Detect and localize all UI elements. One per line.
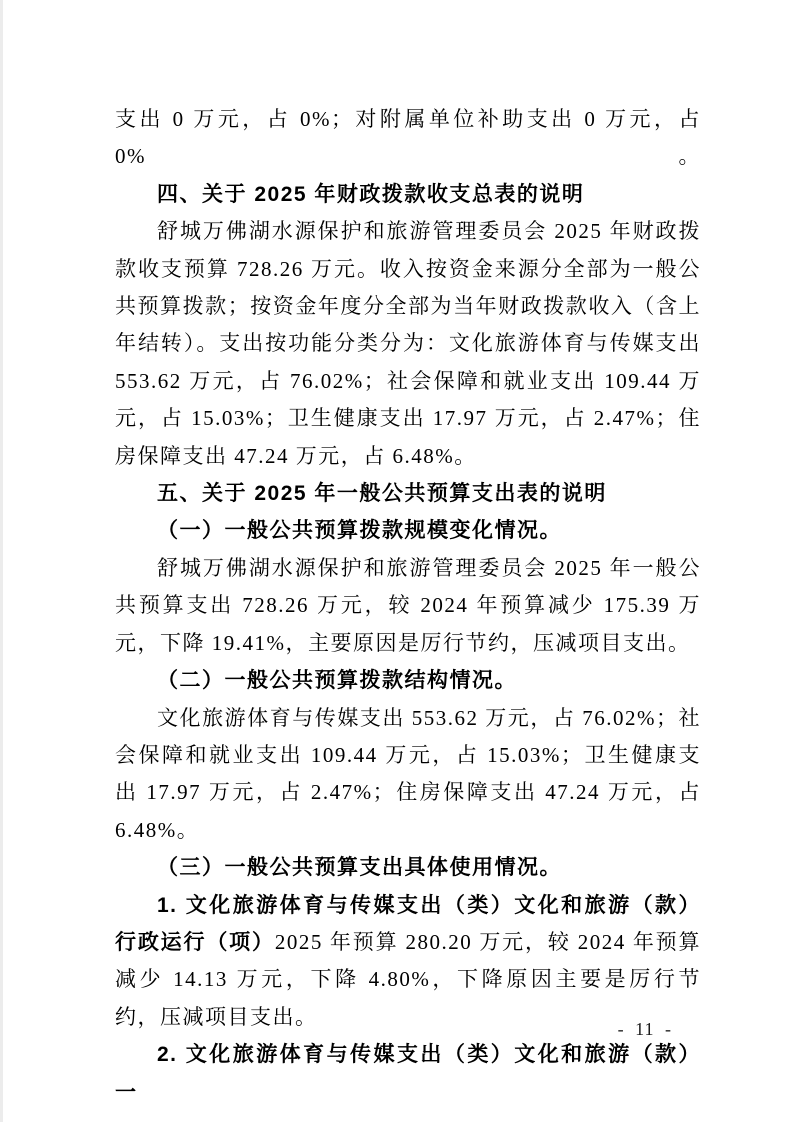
paragraph-budget-structure: 文化旅游体育与传媒支出 553.62 万元，占 76.02%；社会保障和就业支出… — [115, 700, 701, 850]
paragraph-item-1: 1. 文化旅游体育与传媒支出（类）文化和旅游（款）行政运行（项）2025 年预算… — [115, 887, 701, 1037]
subheading-specific-usage: （三）一般公共预算支出具体使用情况。 — [115, 849, 701, 886]
page-number: - 11 - — [618, 1019, 672, 1040]
section-heading-4: 四、关于 2025 年财政拨款收支总表的说明 — [115, 176, 701, 213]
paragraph-carryover: 支出 0 万元，占 0%；对附属单位补助支出 0 万元，占 0%。 — [115, 101, 701, 176]
document-page: 支出 0 万元，占 0%；对附属单位补助支出 0 万元，占 0%。 四、关于 2… — [0, 0, 793, 1122]
paragraph-fiscal-appropriation-summary: 舒城万佛湖水源保护和旅游管理委员会 2025 年财政拨款收支预算 728.26 … — [115, 213, 701, 475]
document-body: 支出 0 万元，占 0%；对附属单位补助支出 0 万元，占 0%。 四、关于 2… — [115, 0, 701, 1111]
section-heading-5: 五、关于 2025 年一般公共预算支出表的说明 — [115, 475, 701, 512]
paragraph-item-2: 2. 文化旅游体育与传媒支出（类）文化和旅游（款）一 — [115, 1036, 701, 1111]
item-2-bold-label: 2. 文化旅游体育与传媒支出（类）文化和旅游（款）一 — [115, 1043, 701, 1103]
subheading-structure: （二）一般公共预算拨款结构情况。 — [115, 662, 701, 699]
subheading-scale-change: （一）一般公共预算拨款规模变化情况。 — [115, 512, 701, 549]
paragraph-budget-scale-change: 舒城万佛湖水源保护和旅游管理委员会 2025 年一般公共预算支出 728.26 … — [115, 550, 701, 662]
page-edge-shadow — [0, 0, 3, 1122]
